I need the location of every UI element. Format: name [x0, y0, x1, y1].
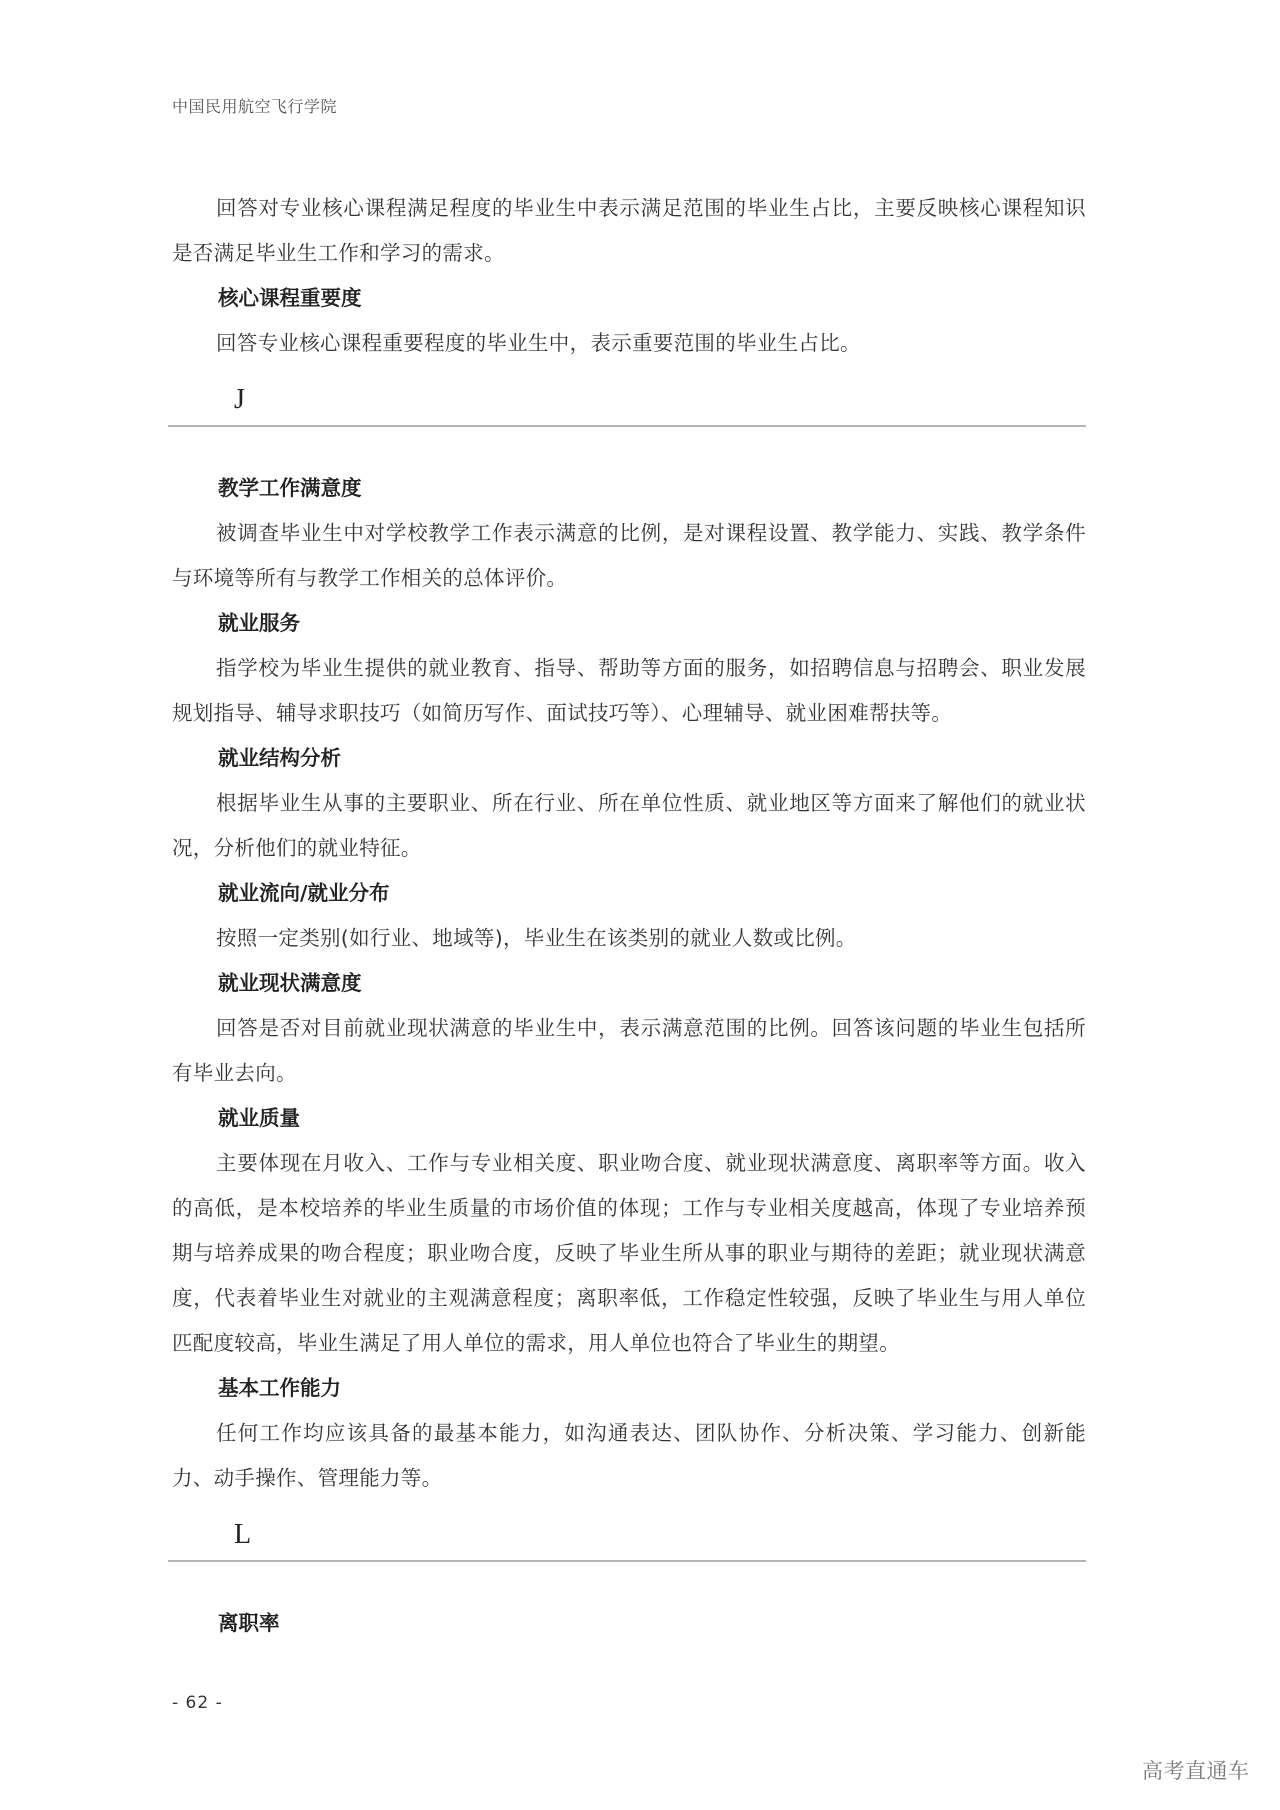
section-letter: L	[234, 1519, 251, 1551]
term-heading: 就业结构分析	[172, 736, 1086, 781]
section-divider	[168, 1560, 1086, 1562]
term-definition: 指学校为毕业生提供的就业教育、指导、帮助等方面的服务，如招聘信息与招聘会、职业发…	[172, 646, 1086, 736]
term-heading: 基本工作能力	[172, 1366, 1086, 1411]
section-divider	[168, 425, 1086, 427]
section-letter-j: J	[172, 366, 1086, 466]
section-letter: J	[234, 384, 245, 416]
term-heading: 教学工作满意度	[172, 466, 1086, 511]
watermark: 高考直通车	[1142, 1755, 1250, 1785]
term-heading: 就业服务	[172, 601, 1086, 646]
section-letter-l: L	[172, 1501, 1086, 1601]
term-definition: 按照一定类别(如行业、地域等)，毕业生在该类别的就业人数或比例。	[172, 916, 1086, 961]
term-definition: 回答专业核心课程重要程度的毕业生中，表示重要范围的毕业生占比。	[172, 321, 1086, 366]
term-definition: 回答是否对目前就业现状满意的毕业生中，表示满意范围的比例。回答该问题的毕业生包括…	[172, 1006, 1086, 1096]
term-definition: 主要体现在月收入、工作与专业相关度、职业吻合度、就业现状满意度、离职率等方面。收…	[172, 1141, 1086, 1366]
term-definition: 任何工作均应该具备的最基本能力，如沟通表达、团队协作、分析决策、学习能力、创新能…	[172, 1411, 1086, 1501]
term-heading: 核心课程重要度	[172, 276, 1086, 321]
term-heading: 就业现状满意度	[172, 961, 1086, 1006]
intro-paragraph: 回答对专业核心课程满足程度的毕业生中表示满足范围的毕业生占比，主要反映核心课程知…	[172, 186, 1086, 276]
running-header: 中国民用航空飞行学院	[172, 94, 337, 117]
term-heading: 离职率	[172, 1601, 1086, 1646]
page-number: - 62 -	[172, 1693, 223, 1713]
document-body: 回答对专业核心课程满足程度的毕业生中表示满足范围的毕业生占比，主要反映核心课程知…	[172, 186, 1086, 1646]
term-heading: 就业流向/就业分布	[172, 871, 1086, 916]
term-definition: 根据毕业生从事的主要职业、所在行业、所在单位性质、就业地区等方面来了解他们的就业…	[172, 781, 1086, 871]
term-heading: 就业质量	[172, 1096, 1086, 1141]
term-definition: 被调查毕业生中对学校教学工作表示满意的比例，是对课程设置、教学能力、实践、教学条…	[172, 511, 1086, 601]
